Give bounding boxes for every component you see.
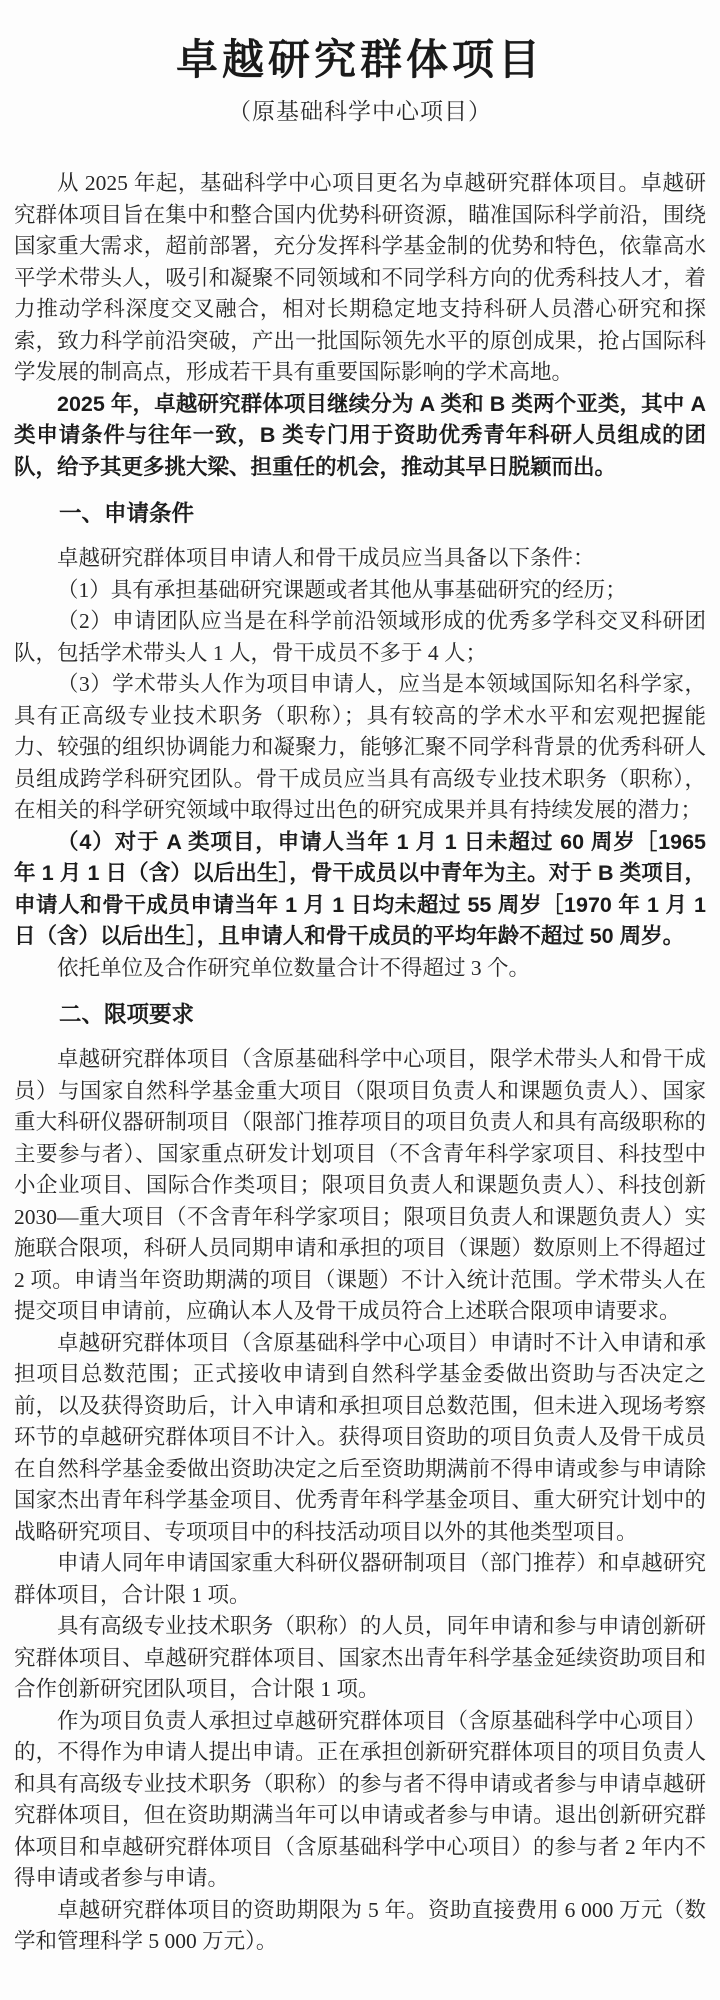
section1-condition-1: （1）具有承担基础研究课题或者其他从事基础研究的经历； (14, 575, 706, 607)
section2-paragraph-funding-period: 卓越研究群体项目的资助期限为 5 年。资助直接费用 6 000 万元（数学和管理… (14, 1895, 706, 1958)
document-subtitle: （原基础科学中心项目） (14, 96, 706, 128)
section2-paragraph-previous-grant-restriction: 作为项目负责人承担过卓越研究群体项目（含原基础科学中心项目）的，不得作为申请人提… (14, 1706, 706, 1895)
document-body: 从 2025 年起，基础科学中心项目更名为卓越研究群体项目。卓越研究群体项目旨在… (14, 168, 706, 1958)
section1-paragraph-units-limit: 依托单位及合作研究单位数量合计不得超过 3 个。 (14, 953, 706, 985)
section2-paragraph-joint-limit: 卓越研究群体项目（含原基础科学中心项目，限学术带头人和骨干成员）与国家自然科学基… (14, 1044, 706, 1328)
section2-paragraph-instrument-limit: 申请人同年申请国家重大科研仪器研制项目（部门推荐）和卓越研究群体项目，合计限 1… (14, 1548, 706, 1611)
intro-paragraph-2: 2025 年，卓越研究群体项目继续分为 A 类和 B 类两个亚类，其中 A 类申… (14, 389, 706, 484)
section1-condition-2: （2）申请团队应当是在科学前沿领域形成的优秀多学科交叉科研团队，包括学术带头人 … (14, 606, 706, 669)
document-title: 卓越研究群体项目 (14, 34, 706, 88)
document-header: 卓越研究群体项目 （原基础科学中心项目） (14, 34, 706, 128)
section2-paragraph-counting-rules: 卓越研究群体项目（含原基础科学中心项目）申请时不计入申请和承担项目总数范围；正式… (14, 1328, 706, 1549)
section2-paragraph-senior-title-limit: 具有高级专业技术职务（职称）的人员，同年申请和参与申请创新研究群体项目、卓越研究… (14, 1611, 706, 1706)
section-heading-limit-requirements: 二、限项要求 (14, 999, 706, 1031)
section1-condition-3: （3）学术带头人作为项目申请人，应当是本领域国际知名科学家，具有正高级专业技术职… (14, 669, 706, 827)
section-heading-application-conditions: 一、申请条件 (14, 498, 706, 530)
intro-paragraph-1: 从 2025 年起，基础科学中心项目更名为卓越研究群体项目。卓越研究群体项目旨在… (14, 168, 706, 389)
section1-paragraph-lead: 卓越研究群体项目申请人和骨干成员应当具备以下条件： (14, 543, 706, 575)
document-page: 卓越研究群体项目 （原基础科学中心项目） 从 2025 年起，基础科学中心项目更… (0, 0, 720, 2000)
section1-condition-4: （4）对于 A 类项目，申请人当年 1 月 1 日未超过 60 周岁［1965 … (14, 827, 706, 953)
